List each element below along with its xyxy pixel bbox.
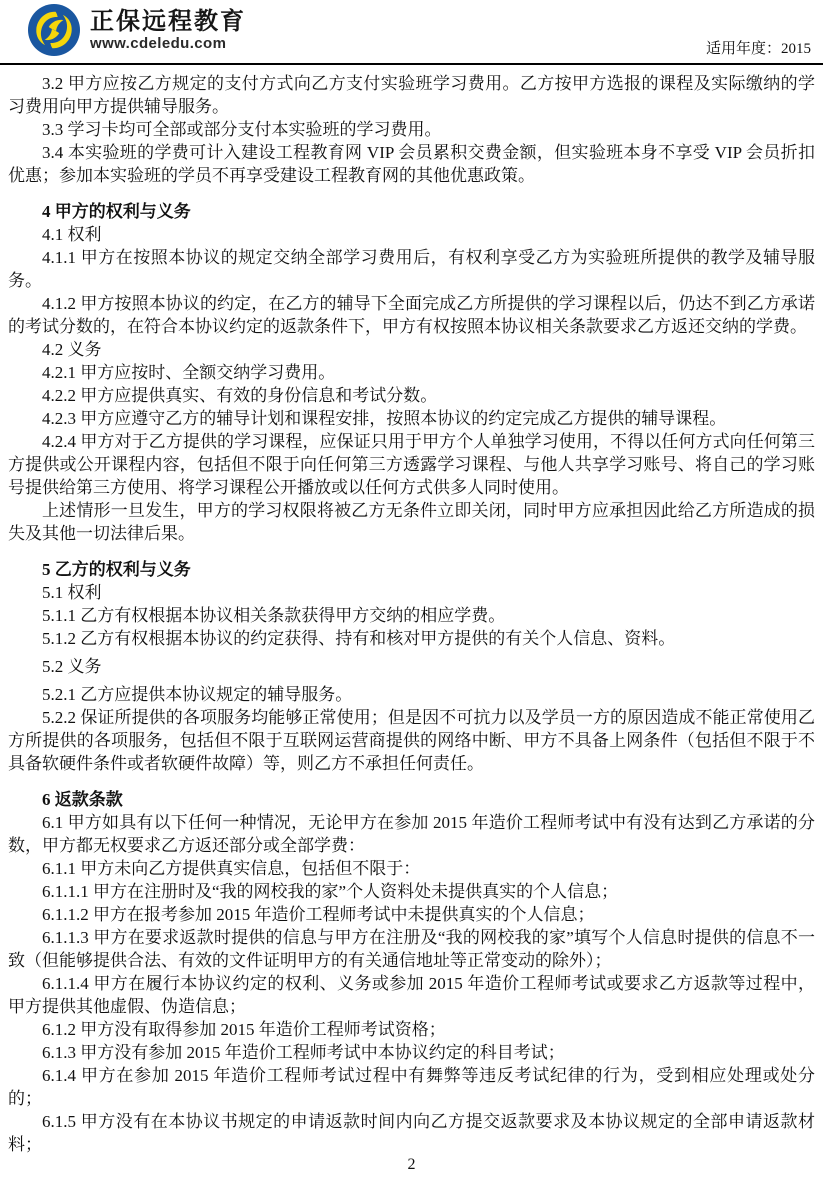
paragraph-3-4: 3.4 本实验班的学费可计入建设工程教育网 VIP 会员累积交费金额，但实验班本…: [8, 141, 815, 187]
paragraph-5-1-2: 5.1.2 乙方有权根据本协议的约定获得、持有和核对甲方提供的有关个人信息、资料…: [8, 627, 815, 650]
section-heading-5: 5 乙方的权利与义务: [8, 558, 815, 581]
brand: 正保远程教育 www.cdeledu.com: [28, 0, 246, 56]
paragraph-5-2-2: 5.2.2 保证所提供的各项服务均能够正常使用；但是因不可抗力以及学员一方的原因…: [8, 706, 815, 775]
brand-name: 正保远程教育: [90, 8, 246, 36]
document-body: 3.2 甲方应按乙方规定的支付方式向乙方支付实验班学习费用。乙方按甲方选报的课程…: [0, 65, 823, 1156]
paragraph-4-2: 4.2 义务: [8, 338, 815, 361]
brand-text: 正保远程教育 www.cdeledu.com: [90, 8, 246, 52]
paragraph-3-3: 3.3 学习卡均可全部或部分支付本实验班的学习费用。: [8, 118, 815, 141]
paragraph-5-2-1: 5.2.1 乙方应提供本协议规定的辅导服务。: [8, 683, 815, 706]
paragraph-4-1-2: 4.1.2 甲方按照本协议的约定，在乙方的辅导下全面完成乙方所提供的学习课程以后…: [8, 292, 815, 338]
page-header: 正保远程教育 www.cdeledu.com 适用年度：2015: [0, 0, 823, 65]
section-heading-6: 6 返款条款: [8, 788, 815, 811]
page-number: 2: [0, 1156, 823, 1174]
applicable-year-label: 适用年度：2015: [706, 37, 811, 62]
paragraph-6-1-1-2: 6.1.1.2 甲方在报考参加 2015 年造价工程师考试中未提供真实的个人信息…: [8, 903, 815, 926]
paragraph-4-1: 4.1 权利: [8, 223, 815, 246]
brand-logo-icon: [28, 4, 80, 56]
document-page: 正保远程教育 www.cdeledu.com 适用年度：2015 3.2 甲方应…: [0, 0, 823, 1182]
paragraph-4-2-1: 4.2.1 甲方应按时、全额交纳学习费用。: [8, 361, 815, 384]
paragraph-6-1: 6.1 甲方如具有以下任何一种情况，无论甲方在参加 2015 年造价工程师考试中…: [8, 811, 815, 857]
paragraph-6-1-1-4: 6.1.1.4 甲方在履行本协议约定的权利、义务或参加 2015 年造价工程师考…: [8, 972, 815, 1018]
paragraph-6-1-1: 6.1.1 甲方未向乙方提供真实信息，包括但不限于：: [8, 857, 815, 880]
paragraph-4-2-2: 4.2.2 甲方应提供真实、有效的身份信息和考试分数。: [8, 384, 815, 407]
paragraph-4-2-3: 4.2.3 甲方应遵守乙方的辅导计划和课程安排，按照本协议的约定完成乙方提供的辅…: [8, 407, 815, 430]
paragraph-4-2-4: 4.2.4 甲方对于乙方提供的学习课程，应保证只用于甲方个人单独学习使用，不得以…: [8, 430, 815, 499]
paragraph-4-1-1: 4.1.1 甲方在按照本协议的规定交纳全部学习费用后，有权利享受乙方为实验班所提…: [8, 246, 815, 292]
paragraph-5-1: 5.1 权利: [8, 581, 815, 604]
paragraph-6-1-2: 6.1.2 甲方没有取得参加 2015 年造价工程师考试资格；: [8, 1018, 815, 1041]
paragraph-6-1-5: 6.1.5 甲方没有在本协议书规定的申请返款时间内向乙方提交返款要求及本协议规定…: [8, 1110, 815, 1156]
paragraph-5-2: 5.2 义务: [8, 655, 815, 678]
paragraph-6-1-4: 6.1.4 甲方在参加 2015 年造价工程师考试过程中有舞弊等违反考试纪律的行…: [8, 1064, 815, 1110]
paragraph-6-1-3: 6.1.3 甲方没有参加 2015 年造价工程师考试中本协议约定的科目考试；: [8, 1041, 815, 1064]
paragraph-6-1-1-3: 6.1.1.3 甲方在要求返款时提供的信息与甲方在注册及“我的网校我的家”填写个…: [8, 926, 815, 972]
paragraph-3-2: 3.2 甲方应按乙方规定的支付方式向乙方支付实验班学习费用。乙方按甲方选报的课程…: [8, 72, 815, 118]
paragraph-5-1-1: 5.1.1 乙方有权根据本协议相关条款获得甲方交纳的相应学费。: [8, 604, 815, 627]
paragraph-6-1-1-1: 6.1.1.1 甲方在注册时及“我的网校我的家”个人资料处未提供真实的个人信息；: [8, 880, 815, 903]
brand-url: www.cdeledu.com: [90, 36, 246, 53]
section-heading-4: 4 甲方的权利与义务: [8, 200, 815, 223]
paragraph-4-2-4-note: 上述情形一旦发生，甲方的学习权限将被乙方无条件立即关闭，同时甲方应承担因此给乙方…: [8, 499, 815, 545]
